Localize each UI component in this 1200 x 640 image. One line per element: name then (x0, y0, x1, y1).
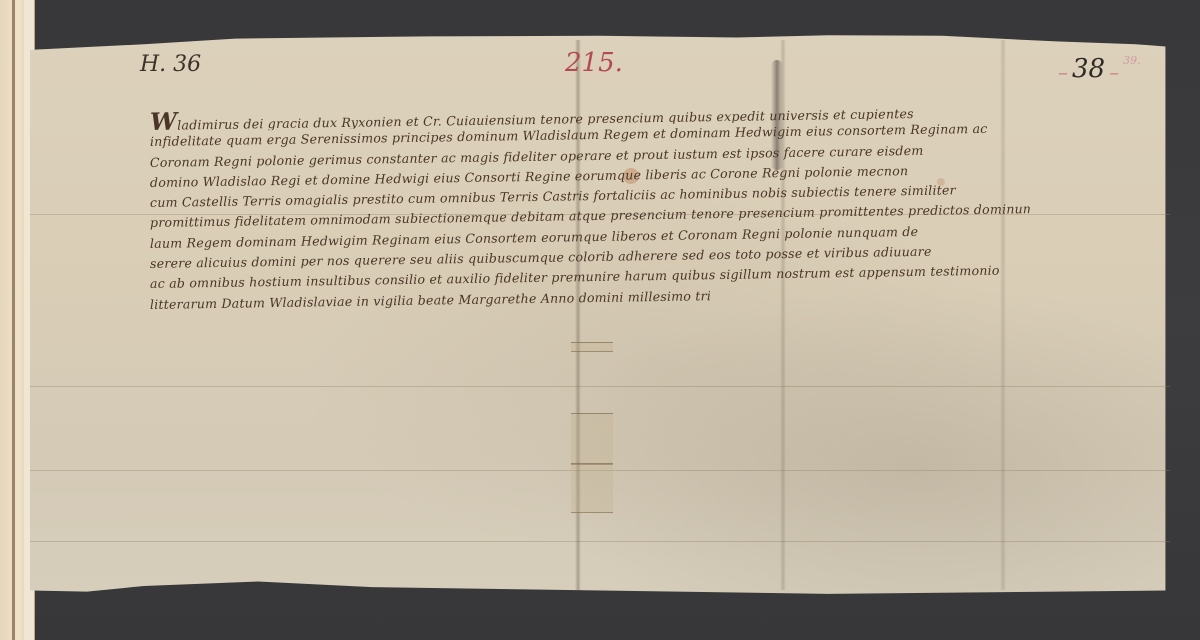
shelfmark: H. 36 (140, 52, 201, 77)
seal-slit (571, 413, 613, 465)
charter-text: Wladimirus dei gracia dux Ryxonien et Cr… (150, 112, 1030, 315)
dash: – (1058, 60, 1068, 84)
album-gutter (12, 0, 15, 640)
seal-slit (571, 463, 613, 513)
page-number-group: – 38 – 39. (1058, 54, 1141, 84)
folio-number: 215. (565, 48, 623, 78)
page-number: 38 (1072, 54, 1105, 84)
fold-line (30, 386, 1170, 387)
fold-line (30, 541, 1170, 542)
seal-slit (571, 342, 613, 352)
dash: – (1109, 60, 1119, 84)
old-page-number: 39. (1123, 54, 1141, 67)
